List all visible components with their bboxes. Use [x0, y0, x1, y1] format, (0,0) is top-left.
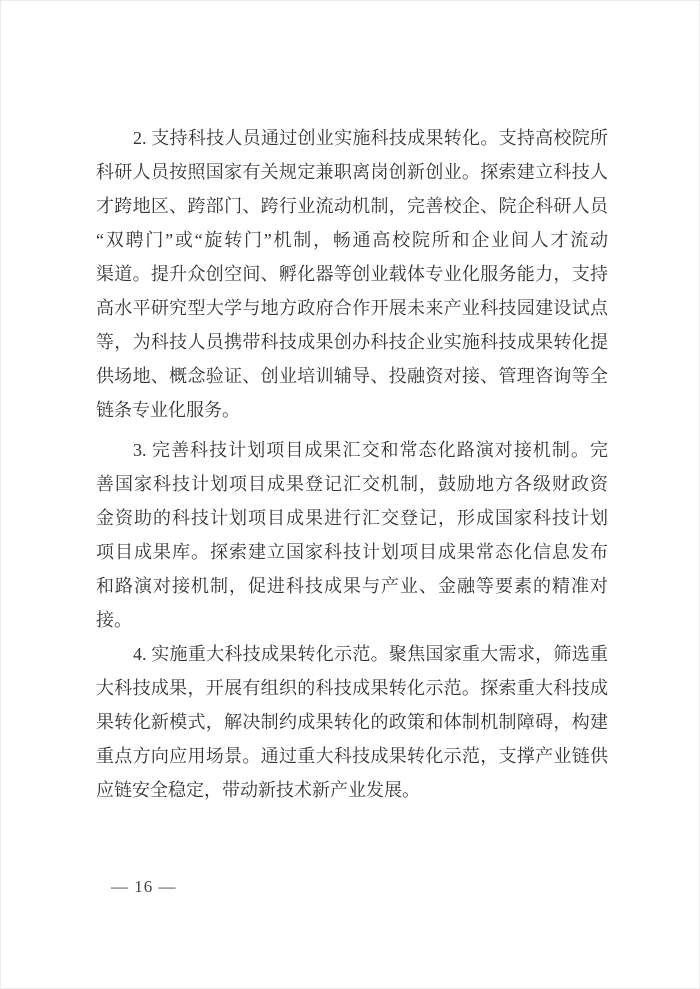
paragraph-item-3: 3. 完善科技计划项目成果汇交和常态化路演对接机制。完 善国家科技计划项目成果登… — [96, 433, 608, 637]
text-line: 善国家科技计划项目成果登记汇交机制，鼓励地方各级财政资 — [96, 467, 608, 501]
document-page: 2. 支持科技人员通过创业实施科技成果转化。支持高校院所 科研人员按照国家有关规… — [0, 0, 700, 989]
text-line: 金资助的科技计划项目成果进行汇交登记，形成国家科技计划 — [96, 501, 608, 535]
text-line: 才跨地区、跨部门、跨行业流动机制，完善校企、院企科研人员 — [96, 189, 608, 223]
text-line: “双聘门”或“旋转门”机制，畅通高校院所和企业间人才流动 — [96, 223, 608, 257]
text-line: 2. 支持科技人员通过创业实施科技成果转化。支持高校院所 — [96, 121, 608, 155]
paragraph-item-2: 2. 支持科技人员通过创业实施科技成果转化。支持高校院所 科研人员按照国家有关规… — [96, 121, 608, 427]
text-line: 和路演对接机制，促进科技成果与产业、金融等要素的精准对 — [96, 569, 608, 603]
text-line: 果转化新模式，解决制约成果转化的政策和体制机制障碍，构建 — [96, 705, 608, 739]
text-line: 项目成果库。探索建立国家科技计划项目成果常态化信息发布 — [96, 535, 608, 569]
text-line: 渠道。提升众创空间、孵化器等创业载体专业化服务能力，支持 — [96, 257, 608, 291]
page-number: — 16 — — [111, 877, 177, 897]
text-line: 链条专业化服务。 — [96, 393, 608, 427]
text-line: 大科技成果，开展有组织的科技成果转化示范。探索重大科技成 — [96, 671, 608, 705]
text-line: 3. 完善科技计划项目成果汇交和常态化路演对接机制。完 — [96, 433, 608, 467]
text-line: 科研人员按照国家有关规定兼职离岗创新创业。探索建立科技人 — [96, 155, 608, 189]
text-line: 等，为科技人员携带科技成果创办科技企业实施科技成果转化提 — [96, 325, 608, 359]
text-line: 供场地、概念验证、创业培训辅导、投融资对接、管理咨询等全 — [96, 359, 608, 393]
text-line: 重点方向应用场景。通过重大科技成果转化示范，支撑产业链供 — [96, 739, 608, 773]
document-text-block: 2. 支持科技人员通过创业实施科技成果转化。支持高校院所 科研人员按照国家有关规… — [96, 121, 608, 807]
text-line: 4. 实施重大科技成果转化示范。聚焦国家重大需求，筛选重 — [96, 637, 608, 671]
paragraph-item-4: 4. 实施重大科技成果转化示范。聚焦国家重大需求，筛选重 大科技成果，开展有组织… — [96, 637, 608, 807]
text-line: 应链安全稳定，带动新技术新产业发展。 — [96, 773, 608, 807]
text-line: 高水平研究型大学与地方政府合作开展未来产业科技园建设试点 — [96, 291, 608, 325]
text-line: 接。 — [96, 603, 608, 637]
